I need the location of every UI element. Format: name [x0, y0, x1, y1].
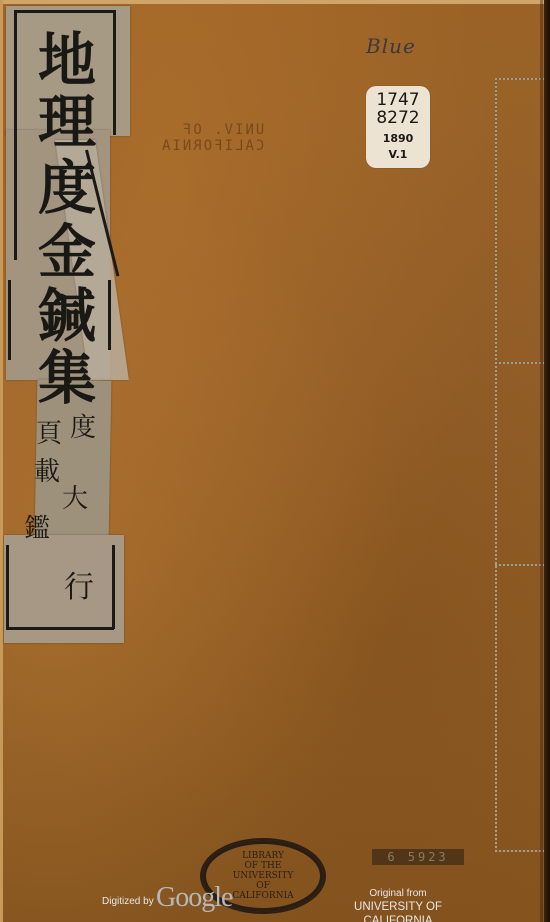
left-edge — [0, 0, 3, 922]
original-from-label: Original from — [318, 888, 478, 900]
stamp-line: CALIFORNIA — [232, 891, 293, 901]
perforated-line: UNIV. OF — [160, 122, 264, 138]
subtitle-char: 大 — [62, 485, 88, 513]
frame-left — [14, 10, 17, 260]
shelf-label: 1747 8272 1890 V.1 — [366, 86, 430, 168]
binding-stitch-horizontal — [495, 78, 545, 80]
top-edge — [0, 0, 550, 4]
call-number-volume: V.1 — [389, 147, 408, 163]
book-cover: 地 理 度 金 鍼 集 度 頁 載 鑑 大 行 UNIV. OF CALIFOR… — [0, 0, 550, 922]
stamp-line: LIBRARY — [242, 851, 284, 861]
title-char: 集 — [22, 348, 112, 408]
frame-right-bottom — [112, 545, 115, 629]
original-from: Original from UNIVERSITY OF CALIFORNIA — [318, 888, 478, 922]
google-logo: Google — [156, 882, 232, 914]
frame-bottom — [6, 627, 114, 630]
call-number-line1: 1747 — [376, 91, 419, 109]
subtitle-char: 行 — [64, 574, 94, 602]
frame-left-bottom — [6, 545, 9, 629]
right-edge-shadow — [544, 0, 550, 922]
stamp-line: OF THE — [245, 861, 282, 871]
subtitle-char: 頁 — [36, 420, 62, 448]
frame-left-mid — [8, 280, 11, 360]
title-char: 地 — [22, 30, 112, 90]
binding-stitch-vertical — [495, 78, 497, 853]
title-char: 金 — [22, 222, 112, 282]
handwritten-note: Blue — [366, 34, 416, 58]
subtitle-char: 度 — [70, 414, 96, 442]
frame-top — [14, 10, 116, 13]
title-char: 鍼 — [22, 286, 112, 346]
title-char: 理 — [22, 92, 112, 152]
call-number-year: 1890 — [383, 131, 414, 147]
original-institution: UNIVERSITY OF CALIFORNIA — [318, 900, 478, 922]
subtitle-char: 鑑 — [24, 515, 50, 543]
frame-right-upper — [113, 10, 116, 135]
binding-stitch-horizontal — [495, 850, 545, 852]
title-char: 度 — [22, 158, 112, 218]
binding-stitch-horizontal — [495, 564, 545, 566]
accession-number: 6 5923 — [372, 849, 464, 865]
binding-stitch-horizontal — [495, 362, 545, 364]
perforated-stamp: UNIV. OF CALIFORNIA — [160, 122, 264, 154]
subtitle-char: 載 — [34, 458, 60, 486]
call-number-line2: 8272 — [376, 109, 419, 127]
spine-crease — [540, 0, 543, 922]
stamp-line: OF — [256, 881, 270, 891]
stamp-line: UNIVERSITY — [233, 871, 294, 881]
digitized-by-text: Digitized by — [102, 896, 154, 907]
perforated-line: CALIFORNIA — [160, 138, 264, 154]
